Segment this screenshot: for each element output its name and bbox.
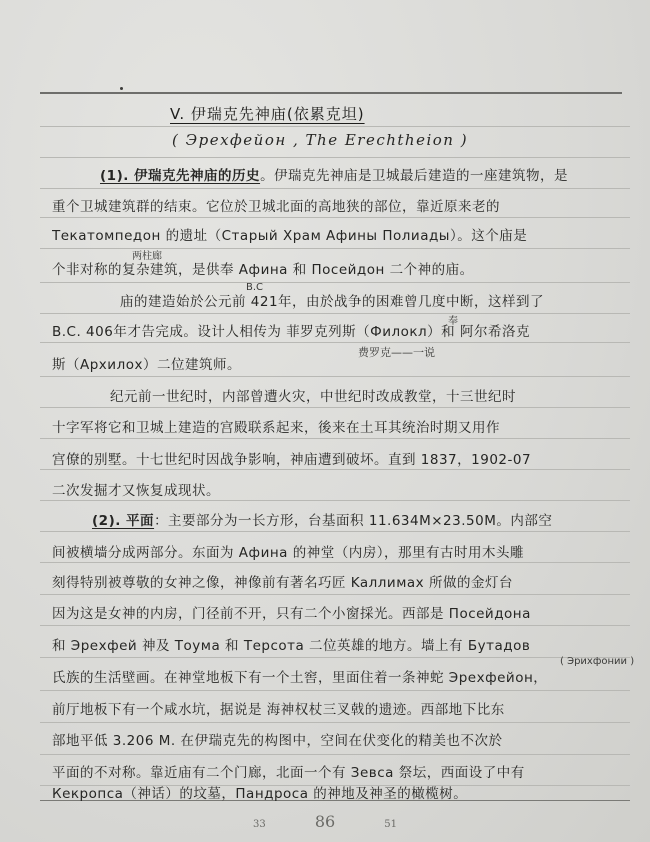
ink-speck bbox=[120, 87, 123, 90]
section2-line-5: 和 Эрехфей 神及 Тоума 和 Терсота 二位英雄的地方。墙上有… bbox=[52, 636, 632, 656]
ruled-line bbox=[40, 407, 630, 408]
section1-line-5: 庙的建造始於公元前 421年，由於战争的困难曾几度中断，这样到了 bbox=[120, 292, 632, 312]
section1-line-1: (1). 伊瑞克先神庙的历史。伊瑞克先神庙是卫城最后建造的一座建筑物，是 bbox=[100, 166, 632, 186]
ruled-line bbox=[40, 690, 630, 691]
section1-line-4: 个非对称的复杂建筑，是供奉 Афина 和 Посейдон 二个神的庙。 bbox=[52, 260, 632, 280]
ruled-line bbox=[40, 438, 630, 439]
ruled-line bbox=[40, 188, 630, 189]
section2-line-7: 前厅地板下有一个咸水坑，据说是 海神权杖三叉戟的遗迹。西部地下比东 bbox=[52, 700, 632, 720]
manuscript-page: V. 伊瑞克先神庙(依累克坦) ( Эрехфейон , The Erecht… bbox=[0, 0, 650, 842]
section2-line-4: 因为这是女神的内房，门径前不开，只有二个小窗採光。西部是 Посейдона bbox=[52, 604, 632, 624]
paragraph2-line-4: 二次发掘才又恢复成现状。 bbox=[52, 481, 632, 501]
section2-line-2: 间被横墙分成两部分。东面为 Афина 的神堂（内房），那里有古时用木头雕 bbox=[52, 543, 632, 563]
paragraph2-line-3: 宫僚的别墅。十七世纪时因战争影响，神庙遭到破坏。直到 1837，1902-07 bbox=[52, 450, 632, 470]
section1-line-2: 重个卫城建筑群的结束。它位於卫城北面的高地狭的部位，靠近原来老的 bbox=[52, 197, 632, 217]
top-rule-line bbox=[40, 92, 622, 94]
ruled-line bbox=[40, 531, 630, 532]
section2-line-9: 平面的不对称。靠近庙有二个门廊，北面一个有 Зевса 祭坛，西面设了中有 bbox=[52, 763, 632, 783]
ruled-line bbox=[40, 342, 630, 343]
section2-line-1: (2). 平面：主要部分为一长方形，台基面积 11.634M×23.50M。内部… bbox=[92, 511, 632, 531]
section2-line-10: Кекропса（神话）的坟墓，Пандроса 的神地及神圣的橄榄树。 bbox=[52, 784, 632, 804]
ruled-line bbox=[40, 282, 630, 283]
ruled-line bbox=[40, 217, 630, 218]
ruled-line bbox=[40, 594, 630, 595]
footer-left-mark: 33 bbox=[253, 819, 266, 830]
ruled-line bbox=[40, 157, 630, 158]
paragraph2-line-1: 纪元前一世纪时，内部曾遭火灾，中世纪时改成教堂，十三世纪时 bbox=[110, 387, 632, 407]
page-subtitle: ( Эрехфейон , The Erechtheion ) bbox=[172, 131, 468, 149]
ruled-line bbox=[40, 376, 630, 377]
section2-line-6: 氏族的生活壁画。在神堂地板下有一个土窖，里面住着一条神蛇 Эрехфейон， bbox=[52, 668, 632, 688]
section2-line-8: 部地平低 3.206 M. 在伊瑞克先的构图中，空间在伏变化的精美也不次於 bbox=[52, 731, 632, 751]
ruled-line bbox=[40, 248, 630, 249]
page-title: V. 伊瑞克先神庙(依累克坦) bbox=[170, 103, 365, 124]
section2-heading: (2). 平面 bbox=[92, 513, 154, 529]
ruled-line bbox=[40, 722, 630, 723]
ruled-line bbox=[40, 625, 630, 626]
footer-right-mark: 51 bbox=[384, 819, 397, 830]
section2-line-3: 刻得特别被尊敬的女神之像，神像前有著名巧匠 Kaллимах 所做的金灯台 bbox=[52, 573, 632, 593]
annotation-over-snake: ( Эрихфонии ) bbox=[560, 656, 634, 667]
page-footer: 33 86 51 bbox=[0, 812, 650, 831]
section1-line-6: B.C. 406年才告完成。设计人相传为 菲罗克列斯（Филокл）和 阿尔希洛… bbox=[52, 322, 632, 342]
page-number: 86 bbox=[315, 812, 335, 831]
paragraph2-line-2: 十字军将它和卫城上建造的宫殿联系起来，後来在土耳其统治时期又用作 bbox=[52, 418, 632, 438]
section1-line-7: 斯（Apxилох）二位建筑师。 bbox=[52, 355, 632, 375]
ruled-line bbox=[40, 657, 630, 658]
ruled-line bbox=[40, 754, 630, 755]
ruled-line bbox=[40, 126, 630, 127]
ruled-line bbox=[40, 313, 630, 314]
section1-line-3: Tекатомпедон 的遗址（Старый Храм Афины Полиа… bbox=[52, 226, 632, 246]
section1-heading: (1). 伊瑞克先神庙的历史 bbox=[100, 168, 260, 184]
